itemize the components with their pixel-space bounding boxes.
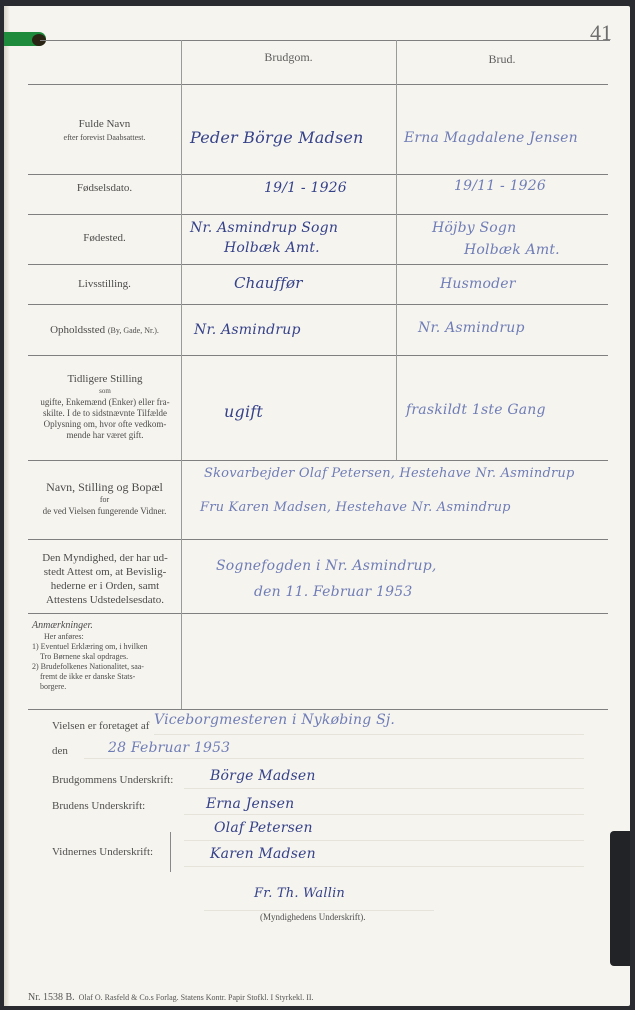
form-number: Nr. 1538 B. <box>28 992 75 1003</box>
row-divider <box>28 84 608 85</box>
remarks-line: fremt de ikke er danske Stats- <box>32 672 180 682</box>
column-divider <box>181 40 182 709</box>
fill-line <box>184 866 584 867</box>
page-number: 41 <box>590 20 612 46</box>
label-line: stedt Attest om, at Bevislig- <box>32 565 178 579</box>
label-text: de ved Vielsen fungerende Vidner. <box>28 505 181 518</box>
row-divider <box>28 355 608 356</box>
label-date: den <box>52 745 68 757</box>
label-line: hederne er i Orden, samt <box>32 579 178 593</box>
label-groom-signature: Brudgommens Underskrift: <box>52 774 173 786</box>
row-divider <box>28 539 608 540</box>
brace <box>170 832 171 872</box>
groom-residence: Nr. Asmindrup <box>194 322 301 338</box>
bride-full-name: Erna Magdalene Jensen <box>404 130 578 146</box>
row-divider <box>28 709 608 710</box>
label-text: Opholdssted <box>50 324 105 336</box>
label-text: Fulde Navn <box>28 118 181 131</box>
label-birthplace: Fødested. <box>28 232 181 245</box>
label-text: Tidligere Stilling <box>32 372 178 386</box>
groom-full-name: Peder Börge Madsen <box>190 128 364 147</box>
label-line: mende har været gift. <box>32 430 178 441</box>
remarks-line: 2) Brudefolkenes Nationalitet, saa- <box>32 662 180 672</box>
performed-by: Viceborgmesteren i Nykøbing Sj. <box>154 712 395 728</box>
witness-line-1: Skovarbejder Olaf Petersen, Hestehave Nr… <box>204 466 575 481</box>
remarks-line: borgere. <box>32 682 180 692</box>
label-residence: Opholdssted (By, Gade, Nr.). <box>28 324 181 337</box>
witness-signature-1: Olaf Petersen <box>214 820 313 836</box>
label-witness-signatures: Vidnernes Underskrift: <box>52 846 153 858</box>
bride-occupation: Husmoder <box>440 276 516 292</box>
label-authority-signature: (Myndighedens Underskrift). <box>260 912 365 922</box>
label-text: Navn, Stilling og Bopæl <box>28 480 181 495</box>
label-line: som <box>32 386 178 397</box>
label-performed-by: Vielsen er foretaget af <box>52 720 149 732</box>
groom-birth-date: 19/1 - 1926 <box>264 180 347 196</box>
page-edge <box>4 6 10 1006</box>
groom-birthplace: Nr. Asmindrup Sogn <box>190 220 338 236</box>
label-small: (By, Gade, Nr.). <box>108 326 159 335</box>
row-divider <box>28 460 608 461</box>
row-divider <box>28 214 608 215</box>
fill-line <box>184 788 584 789</box>
groom-marital-status: ugift <box>224 402 263 421</box>
remarks-line: Her anføres: <box>32 632 180 642</box>
label-authority: Den Myndighed, der har ud- stedt Attest … <box>32 551 178 607</box>
column-header-groom: Brudgom. <box>181 50 396 65</box>
row-divider <box>28 613 608 614</box>
label-bride-signature: Brudens Underskrift: <box>52 800 145 812</box>
label-occupation: Livsstilling. <box>28 278 181 291</box>
label-full-name: Fulde Navn efter forevist Daabsattest. <box>28 118 181 144</box>
bride-signature: Erna Jensen <box>206 796 294 812</box>
label-remarks: Anmærkninger. Her anføres: 1) Eventuel E… <box>32 620 180 692</box>
bride-residence: Nr. Asmindrup <box>418 320 525 336</box>
bride-birth-date: 19/11 - 1926 <box>454 178 546 194</box>
register-page: 41 Brudgom. Brud. Fulde Navn efter forev… <box>4 6 630 1006</box>
binder-clip <box>610 831 630 966</box>
label-birth-date: Fødselsdato. <box>28 182 181 195</box>
authority-line-1: Sognefogden i Nr. Asmindrup, <box>216 558 437 574</box>
top-rule <box>40 40 610 41</box>
label-text: for <box>28 495 181 505</box>
label-witnesses: Navn, Stilling og Bopæl for de ved Viels… <box>28 480 181 518</box>
label-subtext: efter forevist Daabsattest. <box>28 131 181 144</box>
label-line: skilte. I de to sidstnævnte Tilfælde <box>32 408 178 419</box>
row-divider <box>28 264 608 265</box>
publisher-info: Olaf O. Rasfeld & Co.s Forlag. Statens K… <box>79 993 314 1002</box>
row-divider <box>28 304 608 305</box>
remarks-title: Anmærkninger. <box>32 620 180 632</box>
remarks-line: 1) Eventuel Erklæring om, i hvilken <box>32 642 180 652</box>
remarks-line: Tro Børnene skal opdrages. <box>32 652 180 662</box>
fill-line <box>184 840 584 841</box>
label-line: Attestens Udstedelsesdato. <box>32 593 178 607</box>
fill-line <box>184 814 584 815</box>
fill-line <box>204 910 434 911</box>
bride-birthplace-line2: Holbæk Amt. <box>464 242 560 258</box>
authority-line-2: den 11. Februar 1953 <box>254 584 412 600</box>
label-line: ugifte, Enkemænd (Enker) eller fra- <box>32 397 178 408</box>
column-header-bride: Brud. <box>396 52 608 67</box>
row-divider <box>28 174 608 175</box>
groom-occupation: Chauffør <box>234 274 303 292</box>
fill-line <box>84 758 584 759</box>
authority-signature: Fr. Th. Wallin <box>254 886 345 901</box>
groom-birthplace-line2: Holbæk Amt. <box>224 240 320 256</box>
witness-line-2: Fru Karen Madsen, Hestehave Nr. Asmindru… <box>200 500 511 515</box>
groom-signature: Börge Madsen <box>210 768 316 784</box>
label-line: Den Myndighed, der har ud- <box>32 551 178 565</box>
bride-birthplace: Höjby Sogn <box>432 220 516 236</box>
fill-line <box>154 734 584 735</box>
ceremony-date: 28 Februar 1953 <box>108 740 230 756</box>
label-marital-status: Tidligere Stilling som ugifte, Enkemænd … <box>32 372 178 441</box>
witness-signature-2: Karen Madsen <box>210 846 316 862</box>
column-divider <box>396 40 397 460</box>
label-line: Oplysning om, hvor ofte vedkom- <box>32 419 178 430</box>
bride-marital-status: fraskildt 1ste Gang <box>406 402 546 418</box>
form-footer: Nr. 1538 B. Olaf O. Rasfeld & Co.s Forla… <box>28 992 314 1003</box>
